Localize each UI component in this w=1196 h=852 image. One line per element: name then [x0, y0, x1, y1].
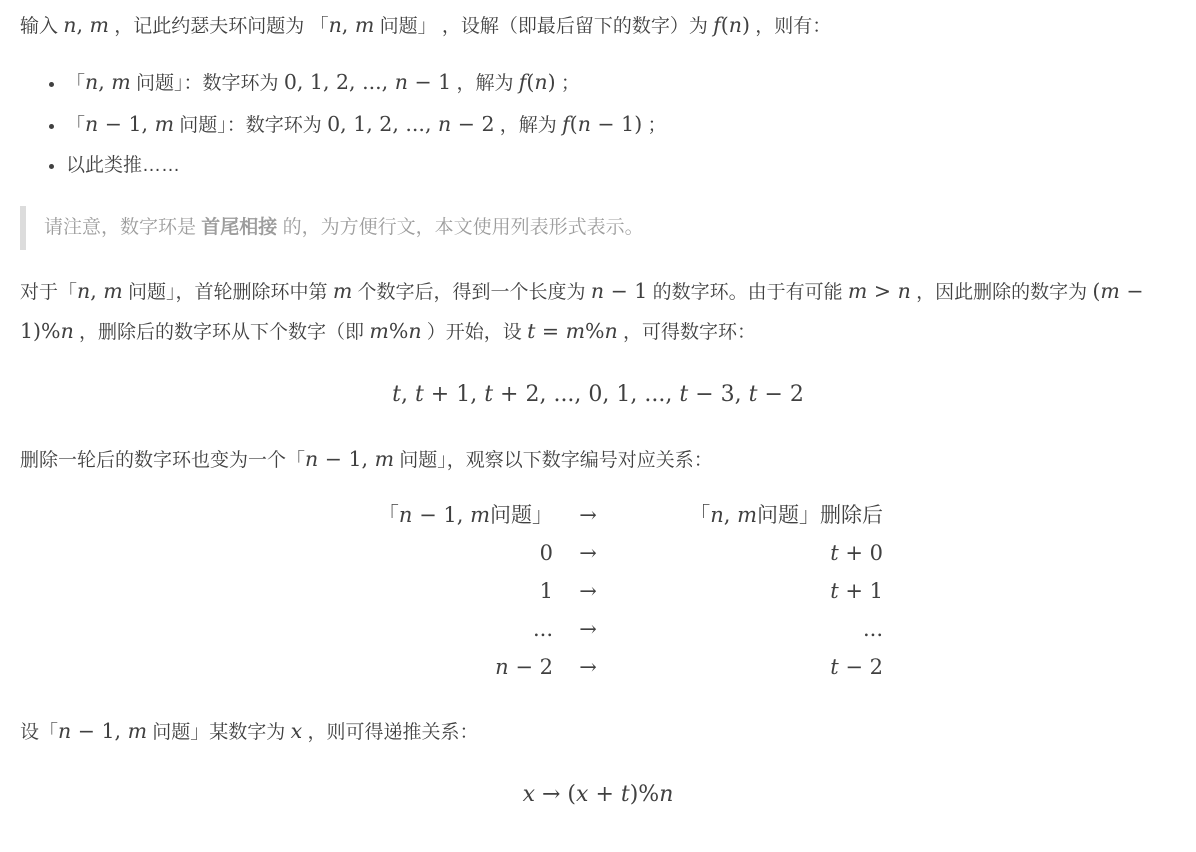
- inline-math: x: [291, 719, 303, 743]
- inline-math: t = m%n: [527, 319, 618, 343]
- intro-paragraph: 输入 n, m ，记此约瑟夫环问题为 「n, m 问题」 ，设解（即最后留下的数…: [20, 6, 1176, 46]
- list-item-nm-problem: 「n, m 问题」：数字环为 0, 1, 2, ..., n − 1 ，解为 f…: [66, 62, 1176, 104]
- mapping-cell: 1: [313, 572, 553, 610]
- ring-formula: t, t + 1, t + 2, ..., 0, 1, ..., t − 3, …: [20, 380, 1176, 410]
- arrow-icon: →: [553, 534, 623, 572]
- arrow-icon: →: [553, 610, 623, 648]
- inline-math: n − 1, m: [85, 112, 174, 136]
- text-run: 问题」，观察以下数字编号对应关系：: [394, 450, 713, 471]
- mapping-table: 「n − 1, m问题」→「n, m问题」删除后0→t + 01→t + 1..…: [20, 496, 1176, 686]
- text-run: 问题」：数字环为: [131, 73, 284, 94]
- text-run: ，解为: [495, 115, 563, 136]
- mapping-cell: t + 0: [623, 534, 883, 572]
- text-run: 「: [66, 115, 85, 136]
- inline-math: 0, 1, 2, ..., n − 2: [327, 112, 494, 136]
- text-run: ，则有：: [750, 16, 831, 37]
- text-run: 问题」，首轮删除环中第: [123, 282, 333, 303]
- mapping-cell: t − 2: [623, 648, 883, 686]
- inline-math: f(n): [713, 13, 750, 37]
- inline-math: n − 1: [591, 279, 648, 303]
- arrow-icon: →: [553, 496, 623, 534]
- mapping-cell: 「n − 1, m问题」: [313, 496, 553, 534]
- inline-math: 0, 1, 2, ..., n − 1: [284, 70, 451, 94]
- list-item-etc: 以此类推……: [66, 146, 1176, 186]
- text-run: 以此类推……: [66, 155, 180, 176]
- text-run: 设「: [20, 722, 58, 743]
- observe-paragraph: 删除一轮后的数字环也变为一个「n − 1, m 问题」，观察以下数字编号对应关系…: [20, 440, 1176, 480]
- recurrence-paragraph: 设「n − 1, m 问题」某数字为 x ，则可得递推关系：: [20, 712, 1176, 752]
- text-run: 问题」某数字为: [147, 722, 291, 743]
- inline-math: m%n: [369, 319, 421, 343]
- mapping-cell: 0: [313, 534, 553, 572]
- inline-math: n, m: [329, 13, 375, 37]
- mapping-cell: ...: [623, 610, 883, 648]
- arrow-icon: →: [553, 648, 623, 686]
- text-run: ）开始，设: [422, 322, 528, 343]
- bold-text: 首尾相接: [201, 217, 277, 238]
- text-run: 请注意，数字环是: [44, 217, 201, 238]
- problem-list: 「n, m 问题」：数字环为 0, 1, 2, ..., n − 1 ，解为 f…: [20, 62, 1176, 186]
- mapping-row: n − 2→t − 2: [313, 648, 883, 686]
- text-run: 删除一轮后的数字环也变为一个「: [20, 450, 305, 471]
- inline-math: n, m: [77, 279, 123, 303]
- text-run: ，解为: [451, 73, 519, 94]
- text-run: 输入: [20, 16, 63, 37]
- text-run: ；: [556, 73, 580, 94]
- recurrence-formula: x → (x + t)%n: [20, 780, 1176, 810]
- inline-math: f(n): [519, 70, 556, 94]
- inline-math: n, m: [63, 13, 109, 37]
- mapping-row: ...→...: [313, 610, 883, 648]
- text-run: ，则可得递推关系：: [302, 722, 478, 743]
- mapping-cell: 「n, m问题」删除后: [623, 496, 883, 534]
- mapping-row: 「n − 1, m问题」→「n, m问题」删除后: [313, 496, 883, 534]
- text-run: 的数字环。由于有可能: [647, 282, 848, 303]
- mapping-row: 1→t + 1: [313, 572, 883, 610]
- inline-math: n − 1, m: [305, 447, 394, 471]
- text-run: ，删除后的数字环从下个数字（即: [74, 322, 370, 343]
- article-page: 输入 n, m ，记此约瑟夫环问题为 「n, m 问题」 ，设解（即最后留下的数…: [0, 0, 1196, 810]
- mapping-cell: t + 1: [623, 572, 883, 610]
- mapping-cell: n − 2: [313, 648, 553, 686]
- inline-math: m: [333, 279, 352, 303]
- inline-math: m > n: [848, 279, 911, 303]
- text-run: ，因此删除的数字为: [911, 282, 1093, 303]
- text-run: 个数字后，得到一个长度为: [352, 282, 591, 303]
- mapping-row: 0→t + 0: [313, 534, 883, 572]
- text-run: ；: [642, 115, 666, 136]
- mapping-cell: ...: [313, 610, 553, 648]
- text-run: ，记此约瑟夫环问题为 「: [109, 16, 329, 37]
- text-run: 问题」：数字环为: [174, 115, 327, 136]
- text-run: ，可得数字环：: [618, 322, 756, 343]
- note-blockquote: 请注意，数字环是 首尾相接 的，为方便行文，本文使用列表形式表示。: [20, 206, 1176, 250]
- text-run: 「: [66, 73, 85, 94]
- arrow-icon: →: [553, 572, 623, 610]
- inline-math: n − 1, m: [58, 719, 147, 743]
- text-run: 问题」 ，设解（即最后留下的数字）为: [374, 16, 713, 37]
- list-item-n1m-problem: 「n − 1, m 问题」：数字环为 0, 1, 2, ..., n − 2 ，…: [66, 104, 1176, 146]
- inline-math: n, m: [85, 70, 131, 94]
- delete-round-paragraph: 对于「n, m 问题」，首轮删除环中第 m 个数字后，得到一个长度为 n − 1…: [20, 272, 1176, 352]
- text-run: 的，为方便行文，本文使用列表形式表示。: [277, 217, 643, 238]
- text-run: 对于「: [20, 282, 77, 303]
- inline-math: f(n − 1): [562, 112, 642, 136]
